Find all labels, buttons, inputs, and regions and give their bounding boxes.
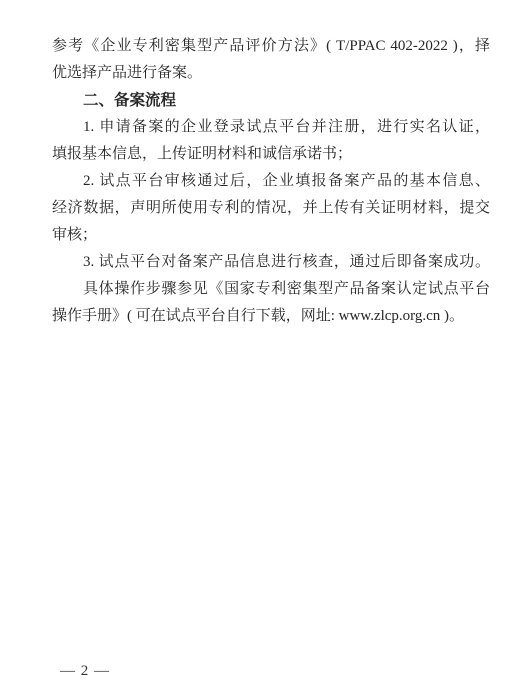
document-page: 参考《企业专利密集型产品评价方法》( T/PPAC 402-2022 )，择 优…	[0, 0, 527, 695]
manual-reference-line: 具体操作步骤参见《国家专利密集型产品备案认定试点平台	[52, 276, 490, 303]
page-number: — 2 —	[60, 663, 110, 680]
step-3-line: 3. 试点平台对备案产品信息进行核查，通过后即备案成功。	[52, 249, 490, 276]
body-text: 参考《企业专利密集型产品评价方法》( T/PPAC 402-2022 )，择 优…	[52, 33, 490, 330]
step-1-line: 填报基本信息，上传证明材料和诚信承诺书；	[52, 141, 490, 168]
body-line-continuation: 参考《企业专利密集型产品评价方法》( T/PPAC 402-2022 )，择	[52, 33, 490, 60]
step-2-line: 2. 试点平台审核通过后，企业填报备案产品的基本信息、	[52, 168, 490, 195]
body-line: 优选择产品进行备案。	[52, 60, 490, 87]
section-heading: 二、备案流程	[52, 87, 490, 114]
manual-reference-line: 操作手册》( 可在试点平台自行下载，网址: www.zlcp.org.cn )。	[52, 303, 490, 330]
step-2-line: 经济数据，声明所使用专利的情况，并上传有关证明材料，提交	[52, 195, 490, 222]
step-1-line: 1. 申请备案的企业登录试点平台并注册，进行实名认证，	[52, 114, 490, 141]
step-2-line: 审核；	[52, 222, 490, 249]
